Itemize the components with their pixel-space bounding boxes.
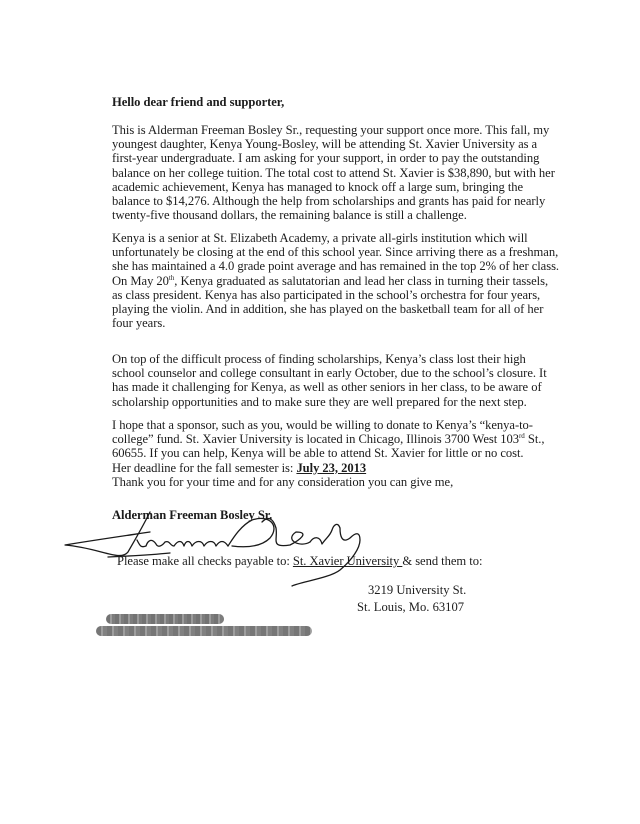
may-suffix: , Kenya graduated as salutatorian and le… xyxy=(174,274,548,288)
paragraph-line: academic achievement, Kenya has managed … xyxy=(112,180,552,194)
may-prefix: On May 20 xyxy=(112,274,169,288)
letter-page: Hello dear friend and supporter, This is… xyxy=(0,0,640,824)
mailing-address-line-1: 3219 University St. xyxy=(368,582,466,599)
paragraph-3: On top of the difficult process of findi… xyxy=(112,352,552,409)
paragraph-line: This is Alderman Freeman Bosley Sr., req… xyxy=(112,123,552,137)
paragraph-2: Kenya is a senior at St. Elizabeth Acade… xyxy=(112,231,552,330)
paragraph-line: I hope that a sponsor, such as you, woul… xyxy=(112,418,552,432)
paragraph-line: 60655. If you can help, Kenya will be ab… xyxy=(112,446,552,460)
paragraph-line: four years. xyxy=(112,316,552,330)
paragraph-1: This is Alderman Freeman Bosley Sr., req… xyxy=(112,123,552,222)
paragraph-line: twenty-five thousand dollars, the remain… xyxy=(112,208,552,222)
checks-prefix: Please make all checks payable to: xyxy=(117,554,293,568)
deadline-date: July 23, 2013 xyxy=(296,461,366,475)
mailing-address-line-2: St. Louis, Mo. 63107 xyxy=(357,599,464,616)
address-suffix: St., xyxy=(525,432,545,446)
signer-name: Alderman Freeman Bosley Sr. xyxy=(112,508,272,522)
paragraph-line: balance on her college tuition. The tota… xyxy=(112,166,552,180)
paragraph-line: has made it challenging for Kenya, as we… xyxy=(112,380,552,394)
paragraph-line: she has maintained a 4.0 grade point ave… xyxy=(112,259,552,273)
thanks-line: Thank you for your time and for any cons… xyxy=(112,475,552,489)
paragraph-4: I hope that a sponsor, such as you, woul… xyxy=(112,418,552,489)
deadline-line: Her deadline for the fall semester is: J… xyxy=(112,461,552,475)
checks-payee: St. Xavier University xyxy=(293,554,402,568)
deadline-label: Her deadline for the fall semester is: xyxy=(112,461,296,475)
paragraph-line: youngest daughter, Kenya Young-Bosley, w… xyxy=(112,137,552,151)
paragraph-line: college” fund. St. Xavier University is … xyxy=(112,432,552,446)
redacted-block xyxy=(96,626,312,636)
paragraph-line: Kenya is a senior at St. Elizabeth Acade… xyxy=(112,231,552,245)
greeting: Hello dear friend and supporter, xyxy=(112,95,284,109)
paragraph-line: school counselor and college consultant … xyxy=(112,366,552,380)
paragraph-line: balance to $14,276. Although the help fr… xyxy=(112,194,552,208)
checks-instruction: Please make all checks payable to: St. X… xyxy=(117,554,482,568)
paragraph-line: unfortunately be closing at the end of t… xyxy=(112,245,552,259)
checks-suffix: & send them to: xyxy=(402,554,482,568)
paragraph-line: scholarship opportunities and to make su… xyxy=(112,395,552,409)
paragraph-line: On top of the difficult process of findi… xyxy=(112,352,552,366)
redacted-block xyxy=(106,614,224,624)
paragraph-line: playing the violin. And in addition, she… xyxy=(112,302,552,316)
paragraph-line: first-year undergraduate. I am asking fo… xyxy=(112,151,552,165)
paragraph-line: On May 20th, Kenya graduated as salutato… xyxy=(112,274,552,288)
address-prefix: college” fund. St. Xavier University is … xyxy=(112,432,519,446)
paragraph-line: as class president. Kenya has also parti… xyxy=(112,288,552,302)
